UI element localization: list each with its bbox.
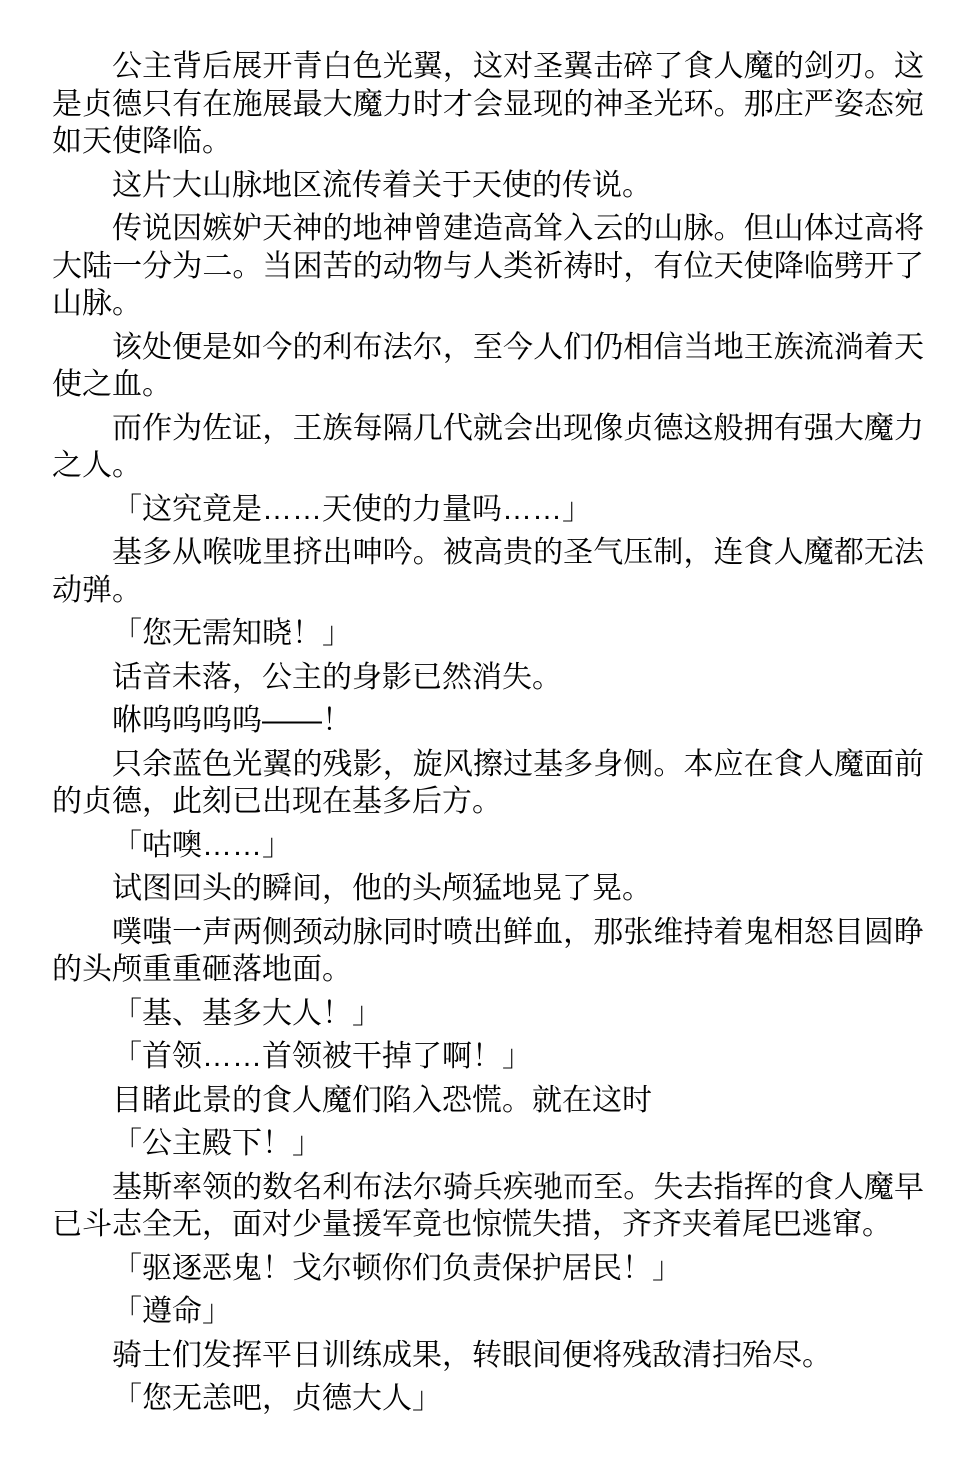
paragraph-3: 传说因嫉妒天神的地神曾建造高耸入云的山脉。但山体过高将大陆一分为二。当困苦的动物… (52, 210, 924, 323)
novel-page: 公主背后展开青白色光翼，这对圣翼击碎了食人魔的剑刃。这是贞德只有在施展最大魔力时… (0, 0, 974, 1459)
novel-text-body: 公主背后展开青白色光翼，这对圣翼击碎了食人魔的剑刃。这是贞德只有在施展最大魔力时… (52, 48, 924, 1418)
paragraph-14: 噗嗤一声两侧颈动脉同时喷出鲜血，那张维持着鬼相怒目圆睁的头颅重重砸落地面。 (52, 914, 924, 989)
paragraph-1: 公主背后展开青白色光翼，这对圣翼击碎了食人魔的剑刃。这是贞德只有在施展最大魔力时… (52, 48, 924, 161)
paragraph-5: 而作为佐证，王族每隔几代就会出现像贞德这般拥有强大魔力之人。 (52, 410, 924, 485)
paragraph-2: 这片大山脉地区流传着关于天使的传说。 (52, 167, 924, 205)
paragraph-10: 咻呜呜呜呜——！ (52, 702, 924, 740)
paragraph-18: 「公主殿下！」 (52, 1125, 924, 1163)
paragraph-21: 「遵命」 (52, 1293, 924, 1331)
paragraph-4: 该处便是如今的利布法尔，至今人们仍相信当地王族流淌着天使之血。 (52, 329, 924, 404)
paragraph-16: 「首领……首领被干掉了啊！」 (52, 1038, 924, 1076)
paragraph-17: 目睹此景的食人魔们陷入恐慌。就在这时 (52, 1082, 924, 1120)
paragraph-22: 骑士们发挥平日训练成果，转眼间便将残敌清扫殆尽。 (52, 1337, 924, 1375)
paragraph-11: 只余蓝色光翼的残影，旋风擦过基多身侧。本应在食人魔面前的贞德，此刻已出现在基多后… (52, 746, 924, 821)
paragraph-15: 「基、基多大人！」 (52, 995, 924, 1033)
paragraph-6: 「这究竟是……天使的力量吗……」 (52, 491, 924, 529)
paragraph-8: 「您无需知晓！」 (52, 615, 924, 653)
paragraph-13: 试图回头的瞬间，他的头颅猛地晃了晃。 (52, 870, 924, 908)
paragraph-23: 「您无恙吧，贞德大人」 (52, 1380, 924, 1418)
paragraph-20: 「驱逐恶鬼！戈尔顿你们负责保护居民！」 (52, 1250, 924, 1288)
paragraph-9: 话音未落，公主的身影已然消失。 (52, 659, 924, 697)
paragraph-19: 基斯率领的数名利布法尔骑兵疾驰而至。失去指挥的食人魔早已斗志全无，面对少量援军竟… (52, 1169, 924, 1244)
paragraph-7: 基多从喉咙里挤出呻吟。被高贵的圣气压制，连食人魔都无法动弹。 (52, 534, 924, 609)
paragraph-12: 「咕噢……」 (52, 827, 924, 865)
